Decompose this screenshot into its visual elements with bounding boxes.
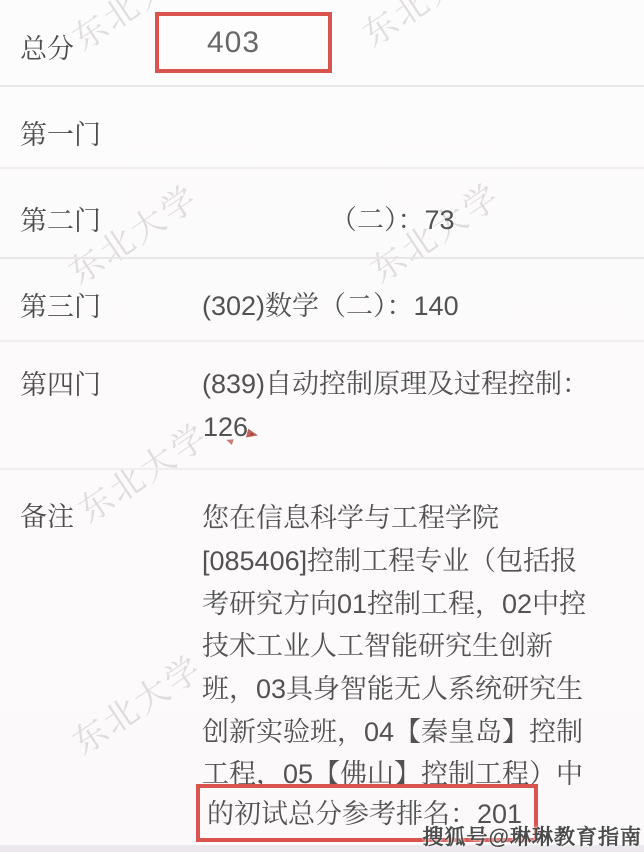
remarks-label: 备注 (20, 495, 74, 534)
row-divider (0, 340, 644, 342)
remark-text-line: 技术工业人工智能研究生创新 (202, 624, 553, 663)
row-divider (0, 85, 644, 87)
remark-text-line: [085406]控制工程专业（包括报 (202, 539, 577, 578)
university-watermark: 东北大学 (61, 641, 211, 764)
remark-text-line: 您在信息科学与工程学院 (202, 496, 499, 535)
university-watermark: 东北大学 (67, 409, 217, 532)
row-divider (0, 167, 644, 169)
subject3-label: 第三门 (20, 285, 101, 324)
row-divider (0, 468, 644, 470)
subject1-label: 第一门 (20, 113, 101, 152)
total-score-label: 总分 (20, 27, 74, 66)
subject4-label: 第四门 (20, 363, 101, 402)
total-score-highlight-box: 403 (155, 12, 332, 73)
subject2-score: （二）：73 (330, 198, 455, 237)
remark-text-line: 班，03具身智能无人系统研究生 (202, 667, 583, 706)
score-query-page: 东北大学 东北大学 东北大学 东北大学 东北大学 东北大学 总分 403 第一门… (0, 0, 644, 852)
remark-text-line: 创新实验班，04【秦皇岛】控制 (202, 710, 583, 749)
subject2-label: 第二门 (20, 199, 101, 238)
university-watermark: 东北大学 (351, 0, 501, 56)
subject4-name: (839)自动控制原理及过程控制： (202, 362, 589, 401)
red-pen-mark (225, 437, 234, 445)
remark-text-line: 考研究方向01控制工程，02中控 (202, 582, 586, 621)
publisher-credit-watermark: 搜狐号@琳琳教育指南 (423, 821, 642, 851)
row-divider (0, 257, 644, 259)
subject3-score: (302)数学（二）：140 (202, 284, 459, 323)
total-score-value: 403 (207, 26, 260, 60)
